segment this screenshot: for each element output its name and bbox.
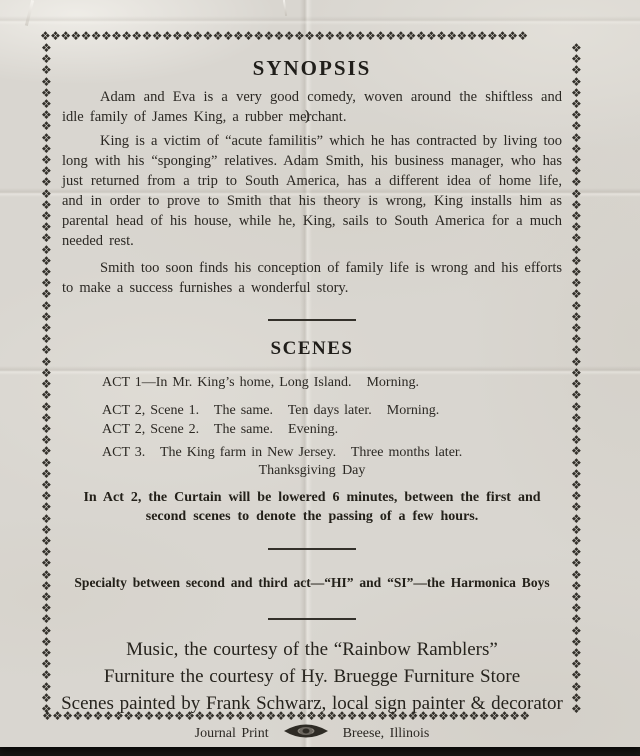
printer-location: Breese, Illinois — [343, 726, 430, 742]
curtain-note: In Act 2, the Curtain will be lowered 6 … — [69, 488, 555, 526]
printer-name: Journal Print — [195, 726, 269, 742]
section-divider — [268, 618, 356, 620]
ornament-border-left: ❖❖❖❖❖❖❖❖❖❖❖❖❖❖❖❖❖❖❖❖❖❖❖❖❖❖❖❖❖❖❖❖❖❖❖❖❖❖❖❖… — [41, 43, 54, 713]
page-content: SYNOPSIS ) Adam and Eva is a very good c… — [62, 46, 562, 743]
printer-line: Journal Print Breese, Illinois — [62, 724, 562, 743]
section-divider — [268, 319, 356, 321]
scenes-heading: SCENES — [62, 337, 562, 361]
paper-tear — [283, 0, 287, 16]
print-flaw-mark: ) — [305, 108, 310, 125]
specialty-note: Specialty between second and third act—“… — [62, 575, 562, 591]
fleuron-icon — [283, 724, 329, 743]
program-page: ❖❖❖❖❖❖❖❖❖❖❖❖❖❖❖❖❖❖❖❖❖❖❖❖❖❖❖❖❖❖❖❖❖❖❖❖❖❖❖❖… — [0, 0, 640, 747]
act-line-4: ACT 3. The King farm in New Jersey. Thre… — [62, 444, 562, 462]
top-edge-crease — [0, 16, 640, 25]
credit-line-music: Music, the courtesy of the “Rainbow Ramb… — [46, 636, 578, 663]
credits-block: Music, the courtesy of the “Rainbow Ramb… — [46, 636, 578, 717]
act3-subline: Thanksgiving Day — [62, 462, 562, 480]
synopsis-heading: SYNOPSIS — [62, 55, 562, 81]
synopsis-paragraph-3: Smith too soon finds his conception of f… — [62, 258, 562, 298]
act-line-2: ACT 2, Scene 1. The same. Ten days later… — [62, 402, 562, 420]
act-line-3: ACT 2, Scene 2. The same. Evening. — [62, 421, 562, 439]
ornament-border-right: ❖❖❖❖❖❖❖❖❖❖❖❖❖❖❖❖❖❖❖❖❖❖❖❖❖❖❖❖❖❖❖❖❖❖❖❖❖❖❖❖… — [571, 43, 584, 713]
act-line-1: ACT 1—In Mr. King’s home, Long Island. M… — [62, 374, 562, 392]
ornament-border-top: ❖❖❖❖❖❖❖❖❖❖❖❖❖❖❖❖❖❖❖❖❖❖❖❖❖❖❖❖❖❖❖❖❖❖❖❖❖❖❖❖… — [40, 31, 587, 44]
photograph-of-program-page: { "document": { "border": { "ornament": … — [0, 0, 640, 756]
synopsis-paragraph-2: King is a victim of “acute familitis” wh… — [62, 131, 562, 251]
synopsis-paragraph-1: Adam and Eva is a very good comedy, wove… — [62, 87, 562, 127]
credit-line-furniture: Furniture the courtesy of Hy. Bruegge Fu… — [46, 663, 578, 690]
credit-line-scenes: Scenes painted by Frank Schwarz, local s… — [46, 690, 578, 717]
section-divider — [268, 548, 356, 550]
